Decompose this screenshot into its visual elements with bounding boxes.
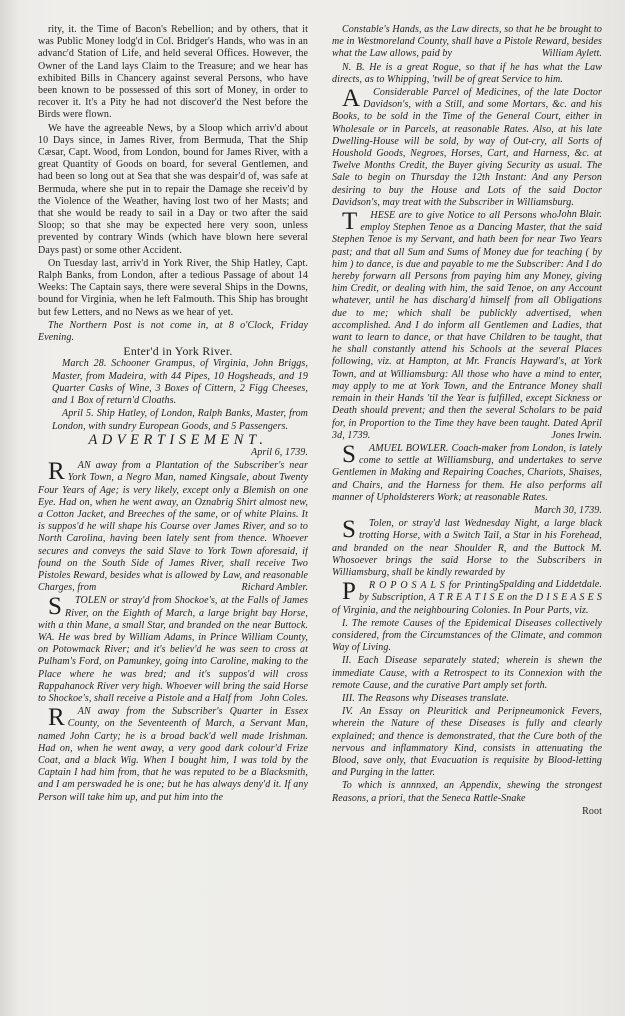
text-run: April 6, 1739. <box>251 447 308 458</box>
date-line: April 6, 1739. <box>38 447 308 459</box>
ad-paragraph: SAMUEL BOWLER. Coach-maker from London, … <box>332 443 602 504</box>
news-paragraph: rity, it. the Time of Bacon's Rebellion;… <box>38 24 308 122</box>
date-line: March 30, 1739. <box>332 505 602 517</box>
text-run: Tolen, or stray'd last Wednesday Night, … <box>332 518 602 578</box>
signature: Spalding and Liddetdale. <box>499 579 602 591</box>
text-run: N. B. He is a great Rogue, so that if he… <box>332 62 602 85</box>
text-run: AN away from the Subscriber's Quarter in… <box>38 706 308 802</box>
left-column: rity, it. the Time of Bacon's Rebellion;… <box>38 24 308 999</box>
newspaper-page: rity, it. the Time of Bacon's Rebellion;… <box>0 0 625 1016</box>
text-run: We have the agreeable News, by a Sloop w… <box>38 123 308 256</box>
drop-cap-initial: P <box>332 580 359 602</box>
text-run: On Tuesday last, arriv'd in York River, … <box>38 258 308 318</box>
drop-cap-initial: S <box>38 595 65 617</box>
signature: Jones Irwin. <box>551 430 602 442</box>
signature: Richard Ambler. <box>242 582 309 594</box>
news-paragraph: II. Each Disease separately stated; wher… <box>332 655 602 692</box>
text-run: To which is annnxed, an Appendix, shewin… <box>332 780 602 803</box>
text-run: Root <box>582 806 602 817</box>
text-run: I. The remote Causes of the Epidemical D… <box>332 618 602 653</box>
text-run: The Northern Post is not come in, at 8 o… <box>38 320 308 343</box>
text-run: Considerable Parcel of Medicines, of the… <box>332 87 602 208</box>
news-paragraph: I. The remote Causes of the Epidemical D… <box>332 618 602 655</box>
text-run: ADVERTISEMENT. <box>88 432 267 448</box>
signature: William Aylett. <box>542 48 602 60</box>
catchword: Root <box>332 806 602 818</box>
ad-paragraph: THESE are to give Notice to all Persons … <box>332 210 602 442</box>
signature: John Coles. <box>260 693 308 705</box>
drop-cap-initial: S <box>332 518 359 540</box>
news-paragraph: N. B. He is a great Rogue, so that if he… <box>332 62 602 86</box>
ad-paragraph: AConsiderable Parcel of Medicines, of th… <box>332 87 602 209</box>
right-column: Constable's Hands, as the Law directs, s… <box>332 24 602 999</box>
news-paragraph: To which is annnxed, an Appendix, shewin… <box>332 780 602 804</box>
ad-paragraph: RAN away from the Subscriber's Quarter i… <box>38 706 308 804</box>
ad-paragraph: STolen, or stray'd last Wednesday Night,… <box>332 518 602 579</box>
text-run: April 5. Ship Hatley, of London, Ralph B… <box>52 408 308 431</box>
shipping-entry: March 28. Schooner Grampus, of Virginia,… <box>38 358 308 407</box>
text-run: March 28. Schooner Grampus, of Virginia,… <box>52 358 308 406</box>
drop-cap-initial: T <box>332 210 360 232</box>
text-run: rity, it. the Time of Bacon's Rebellion;… <box>38 24 308 120</box>
news-paragraph: III. The Reasons why Diseases translate. <box>332 693 602 705</box>
text-run: III. The Reasons why Diseases translate. <box>342 693 509 704</box>
drop-cap-initial: R <box>38 460 68 482</box>
drop-cap-initial: S <box>332 443 359 465</box>
section-heading: Enter'd in York River. <box>38 345 308 357</box>
news-paragraph: We have the agreeable News, by a Sloop w… <box>38 123 308 257</box>
ad-paragraph: RAN away from a Plantation of the Subscr… <box>38 460 308 594</box>
advertisement-heading: ADVERTISEMENT. <box>38 434 308 446</box>
news-paragraph: Constable's Hands, as the Law directs, s… <box>332 24 602 61</box>
text-run: AN away from a Plantation of the Subscri… <box>38 460 308 593</box>
signature: John Blair. <box>557 209 602 221</box>
news-paragraph: The Northern Post is not come in, at 8 o… <box>38 320 308 344</box>
text-run: TOLEN or stray'd from Shockoe's, at the … <box>38 595 308 704</box>
text-run: IV. An Essay on Pleuritick and Peripneum… <box>332 706 602 778</box>
news-paragraph: IV. An Essay on Pleuritick and Peripneum… <box>332 706 602 779</box>
text-run: Enter'd in York River. <box>123 344 232 358</box>
news-paragraph: On Tuesday last, arriv'd in York River, … <box>38 258 308 319</box>
text-run: March 30, 1739. <box>534 505 602 516</box>
drop-cap-initial: A <box>332 87 363 109</box>
drop-cap-initial: R <box>38 706 68 728</box>
ad-paragraph: STOLEN or stray'd from Shockoe's, at the… <box>38 595 308 705</box>
text-run: HESE are to give Notice to all Persons w… <box>332 210 602 441</box>
text-run: II. Each Disease separately stated; wher… <box>332 655 602 690</box>
shipping-entry: April 5. Ship Hatley, of London, Ralph B… <box>38 408 308 432</box>
text-run: AMUEL BOWLER. Coach-maker from London, i… <box>332 443 602 503</box>
